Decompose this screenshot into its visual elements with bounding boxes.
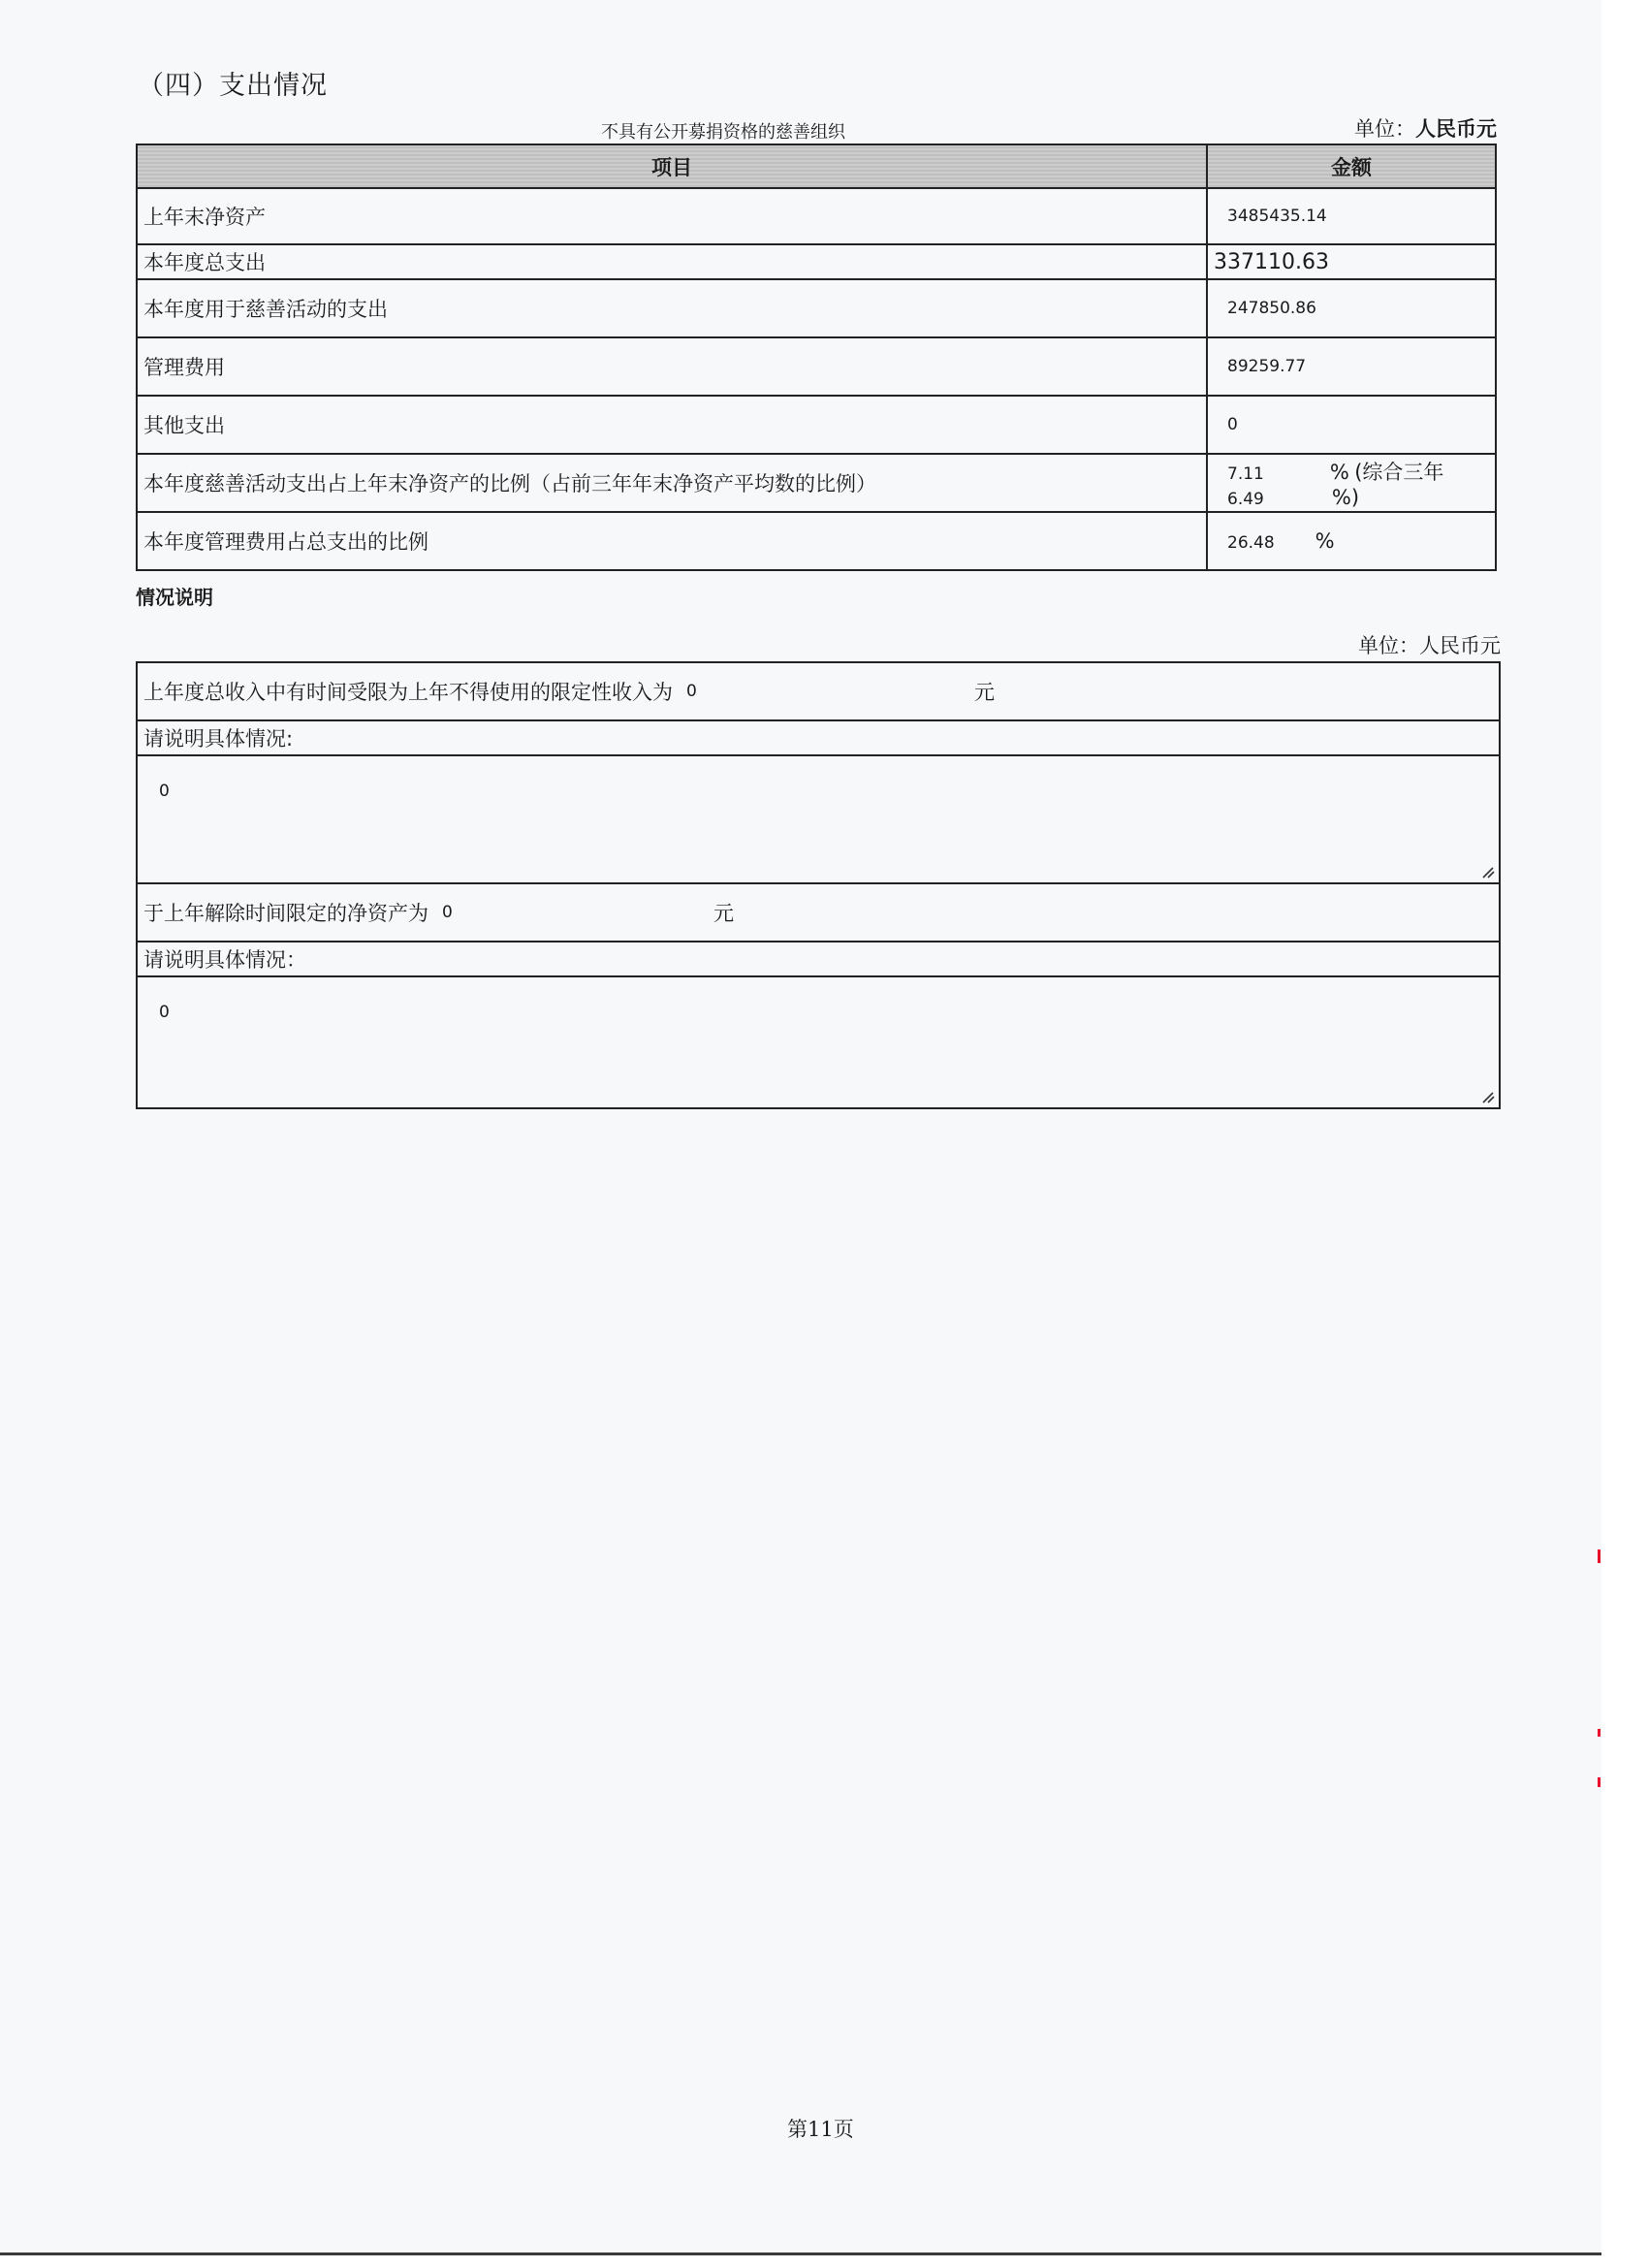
detail-label-2: 请说明具体情况： [143,944,306,974]
row-label: 本年度慈善活动支出占上年末净资产的比例（占前三年年末净资产平均数的比例） [137,454,1207,512]
row-label: 上年末净资产 [137,188,1207,244]
table-row: 本年度管理费用占总支出的比例 26.48% [137,512,1496,570]
detail-textarea-2[interactable]: 0 [138,977,1499,1107]
detail-label-row-2: 请说明具体情况： [138,942,1499,977]
row-value: 247850.86 [1207,279,1496,337]
scan-red-mark [1598,1729,1600,1737]
unit-value: 人民币元 [1415,117,1497,141]
explanation-unit-label: 单位：人民币元 [1358,630,1501,659]
table-row: 本年度慈善活动支出占上年末净资产的比例（占前三年年末净资产平均数的比例） 7.1… [137,454,1496,512]
detail-text-2: 0 [159,1003,170,1022]
charity-ratio-value: 7.11 [1227,464,1264,484]
combined-ratio-value: 6.49 [1227,490,1264,509]
row-value: 26.48% [1207,512,1496,570]
restricted-income-unit: 元 [974,677,995,706]
table-header-row: 项目 金额 [137,144,1496,188]
header-amount: 金额 [1207,144,1496,188]
combined-label: (综合三年 [1354,461,1443,484]
unit-label: 单位：人民币元 [1354,113,1497,143]
detail-text-1: 0 [159,782,170,801]
table-row: 上年末净资产 3485435.14 [137,188,1496,244]
table-row: 其他支出 0 [137,396,1496,454]
section-title: （四）支出情况 [138,64,328,102]
row-value: 0 [1207,396,1496,454]
table-row: 管理费用 89259.77 [137,337,1496,396]
restricted-income-row: 上年度总收入中有时间受限为上年不得使用的限定性收入为 0 元 [138,663,1499,721]
header-item: 项目 [137,144,1207,188]
page-number: 第11页 [787,2114,854,2143]
unit-prefix: 单位： [1354,117,1415,141]
row-value: 337110.63 [1207,244,1496,279]
row-label: 本年度总支出 [137,244,1207,279]
row-value: 7.11% (综合三年6.49%) [1207,454,1496,512]
scan-red-mark [1598,1549,1600,1563]
scan-page-edge [1601,0,1648,2268]
restricted-income-label: 上年度总收入中有时间受限为上年不得使用的限定性收入为 [143,677,673,706]
row-label: 管理费用 [137,337,1207,396]
scan-bottom-margin [0,2255,1648,2268]
percent-sign: % [1330,461,1349,484]
restricted-income-field[interactable]: 0 [686,682,697,701]
released-assets-label: 于上年解除时间限定的净资产为 [143,898,428,927]
released-assets-field[interactable]: 0 [442,903,453,922]
row-label: 本年度用于慈善活动的支出 [137,279,1207,337]
table-row: 本年度用于慈善活动的支出 247850.86 [137,279,1496,337]
expenditure-table: 项目 金额 上年末净资产 3485435.14 本年度总支出 337110.63… [136,144,1497,571]
detail-label-row-1: 请说明具体情况: [138,721,1499,756]
released-assets-row: 于上年解除时间限定的净资产为 0 元 [138,884,1499,942]
row-label: 本年度管理费用占总支出的比例 [137,512,1207,570]
explanation-form: 上年度总收入中有时间受限为上年不得使用的限定性收入为 0 元 请说明具体情况: … [136,661,1501,1109]
explanation-heading: 情况说明 [136,582,213,610]
table-row: 本年度总支出 337110.63 [137,244,1496,279]
detail-textarea-1[interactable]: 0 [138,756,1499,884]
combined-suffix: %) [1332,486,1359,509]
detail-label-1: 请说明具体情况: [143,723,293,752]
row-label: 其他支出 [137,396,1207,454]
resize-handle-icon[interactable] [1481,1090,1495,1103]
released-assets-unit: 元 [713,898,734,927]
row-value: 89259.77 [1207,337,1496,396]
admin-ratio-value: 26.48 [1227,533,1275,553]
percent-sign: % [1315,529,1335,553]
org-type-caption: 不具有公开募捐资格的慈善组织 [601,118,845,144]
row-value: 3485435.14 [1207,188,1496,244]
scan-red-mark [1598,1777,1600,1787]
resize-handle-icon[interactable] [1481,865,1495,878]
